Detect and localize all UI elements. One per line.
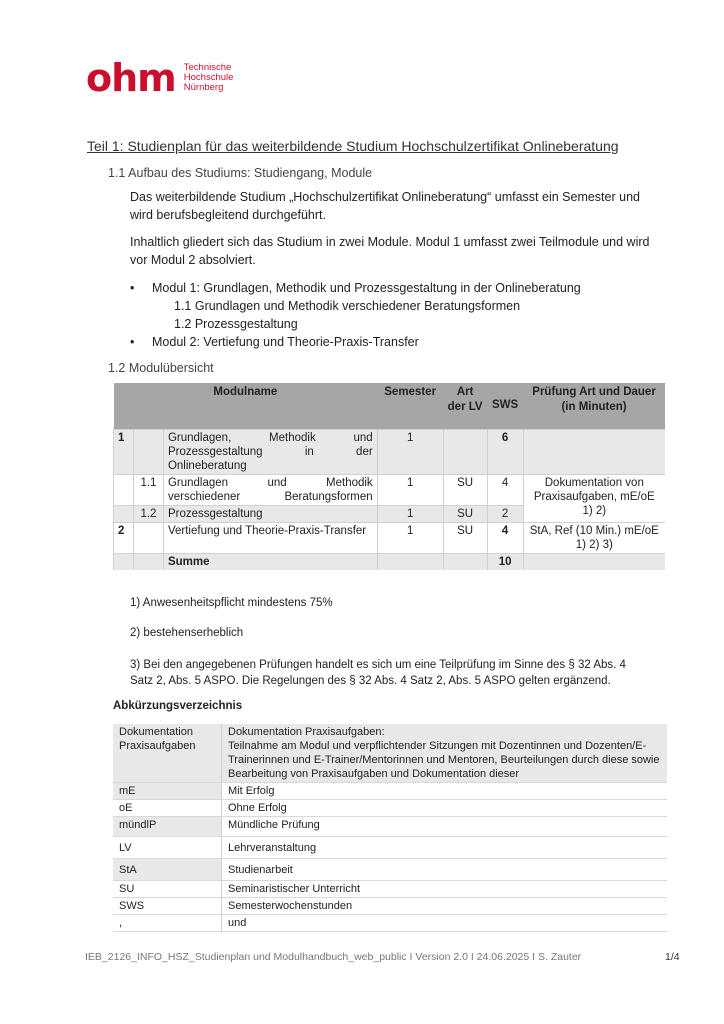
footnote-1: 1) Anwesenheitspflicht mindestens 75%	[130, 597, 333, 609]
list-item: •Modul 1: Grundlagen, Methodik und Proze…	[130, 279, 581, 297]
cell	[114, 474, 134, 505]
col-header-sws: SWS	[487, 383, 523, 429]
abbr-value: Mit Erfolg	[222, 783, 668, 800]
cell: SU	[443, 474, 487, 505]
cell: StA, Ref (10 Min.) mE/oE 1) 2) 3)	[523, 522, 665, 553]
footer-text: IEB_2126_INFO_HSZ_Studienplan und Modulh…	[85, 951, 581, 963]
cell: 1	[377, 522, 443, 553]
col-header-semester: Semester	[377, 383, 443, 429]
abbr-value: Semesterwochenstunden	[222, 898, 668, 915]
table-row: 1 Grundlagen, Methodik und Prozessgestal…	[114, 429, 666, 474]
cell: SU	[443, 522, 487, 553]
col-header-art: Art der LV	[443, 383, 487, 429]
cell	[377, 553, 443, 570]
list-item-text: Modul 1: Grundlagen, Methodik und Prozes…	[152, 279, 581, 297]
logo-line: Nürnberg	[184, 83, 234, 93]
logo-word: ohm	[86, 62, 176, 94]
table-row: 2 Vertiefung und Theorie-Praxis-Transfer…	[114, 522, 666, 553]
abbr-value: Studienarbeit	[222, 859, 668, 881]
cell: 2	[114, 522, 134, 553]
cell: Vertiefung und Theorie-Praxis-Transfer	[163, 522, 377, 553]
cell	[133, 429, 163, 474]
abbr-key: Dokumentation Praxisaufgaben	[113, 724, 222, 783]
cell: 4	[487, 474, 523, 505]
table-row: SUSeminaristischer Unterricht	[113, 881, 667, 898]
cell: 2	[487, 505, 523, 522]
cell: 1	[377, 474, 443, 505]
cell: Dokumentation von Praxisaufgaben, mE/oE …	[523, 474, 665, 522]
table-row-sum: Summe 10	[114, 553, 666, 570]
abbr-value: Lehrveranstaltung	[222, 837, 668, 859]
cell: 4	[487, 522, 523, 553]
abbr-key: SWS	[113, 898, 222, 915]
cell: SU	[443, 505, 487, 522]
table-row: LVLehrveranstaltung	[113, 837, 667, 859]
page-number: 1/4	[665, 951, 680, 963]
cell	[114, 553, 134, 570]
cell: 1	[377, 429, 443, 474]
table-row: oEOhne Erfolg	[113, 800, 667, 817]
table-row: StAStudienarbeit	[113, 859, 667, 881]
cell: 6	[487, 429, 523, 474]
ohm-logo: ohm Technische Hochschule Nürnberg	[86, 62, 233, 94]
table-row: ,und	[113, 915, 667, 932]
cell	[114, 505, 134, 522]
cell	[133, 553, 163, 570]
table-row: mEMit Erfolg	[113, 783, 667, 800]
footnote-2: 2) bestehenserheblich	[130, 627, 243, 639]
cell: 1	[114, 429, 134, 474]
list-item-text: Modul 2: Vertiefung und Theorie-Praxis-T…	[152, 333, 419, 351]
section-heading-1-2: 1.2 Modulübersicht	[108, 361, 214, 375]
abbr-value: Dokumentation Praxisaufgaben: Teilnahme …	[222, 724, 668, 783]
abbr-value: Mündliche Prüfung	[222, 817, 668, 837]
table-row: Dokumentation PraxisaufgabenDokumentatio…	[113, 724, 667, 783]
cell	[133, 522, 163, 553]
table-row: 1.1 Grundlagen und Methodik verschiedene…	[114, 474, 666, 505]
cell	[523, 553, 665, 570]
document-title: Teil 1: Studienplan für das weiterbilden…	[87, 138, 619, 154]
abbr-key: ,	[113, 915, 222, 932]
abbr-value: Ohne Erfolg	[222, 800, 668, 817]
cell	[523, 429, 665, 474]
sub-list-item: 1.2 Prozessgestaltung	[130, 315, 581, 333]
abbr-key: SU	[113, 881, 222, 898]
table-row: SWSSemesterwochenstunden	[113, 898, 667, 915]
cell: Prozessgestaltung	[163, 505, 377, 522]
module-list: •Modul 1: Grundlagen, Methodik und Proze…	[130, 279, 581, 351]
col-header-modulname: Modulname	[114, 383, 378, 429]
paragraph: Das weiterbildende Studium „Hochschulzer…	[130, 188, 650, 224]
module-table: Modulname Semester Art der LV SWS Prüfun…	[113, 383, 665, 570]
abbr-value: Seminaristischer Unterricht	[222, 881, 668, 898]
abbr-key: mündlP	[113, 817, 222, 837]
list-item: •Modul 2: Vertiefung und Theorie-Praxis-…	[130, 333, 581, 351]
cell: 1.2	[133, 505, 163, 522]
table-row: mündlPMündliche Prüfung	[113, 817, 667, 837]
footnote-3: 3) Bei den angegebenen Prüfungen handelt…	[130, 657, 650, 689]
cell: 1	[377, 505, 443, 522]
abbreviations-title: Abkürzungsverzeichnis	[113, 700, 242, 712]
paragraph: Inhaltlich gliedert sich das Studium in …	[130, 233, 650, 269]
abbreviations-table: Dokumentation PraxisaufgabenDokumentatio…	[113, 724, 667, 932]
abbr-key: StA	[113, 859, 222, 881]
sub-list-item: 1.1 Grundlagen und Methodik verschiedene…	[130, 297, 581, 315]
cell: Summe	[163, 553, 377, 570]
abbr-key: oE	[113, 800, 222, 817]
cell: Grundlagen, Methodik und Prozessgestaltu…	[163, 429, 377, 474]
col-header-pruefung: Prüfung Art und Dauer (in Minuten)	[523, 383, 665, 429]
abbr-key: LV	[113, 837, 222, 859]
section-heading-1-1: 1.1 Aufbau des Studiums: Studiengang, Mo…	[108, 166, 372, 180]
abbr-key: mE	[113, 783, 222, 800]
cell	[443, 429, 487, 474]
logo-subtitle: Technische Hochschule Nürnberg	[184, 63, 234, 93]
cell: 10	[487, 553, 523, 570]
cell: 1.1	[133, 474, 163, 505]
cell: Grundlagen und Methodik verschiedener Be…	[163, 474, 377, 505]
abbr-value: und	[222, 915, 668, 932]
cell	[443, 553, 487, 570]
